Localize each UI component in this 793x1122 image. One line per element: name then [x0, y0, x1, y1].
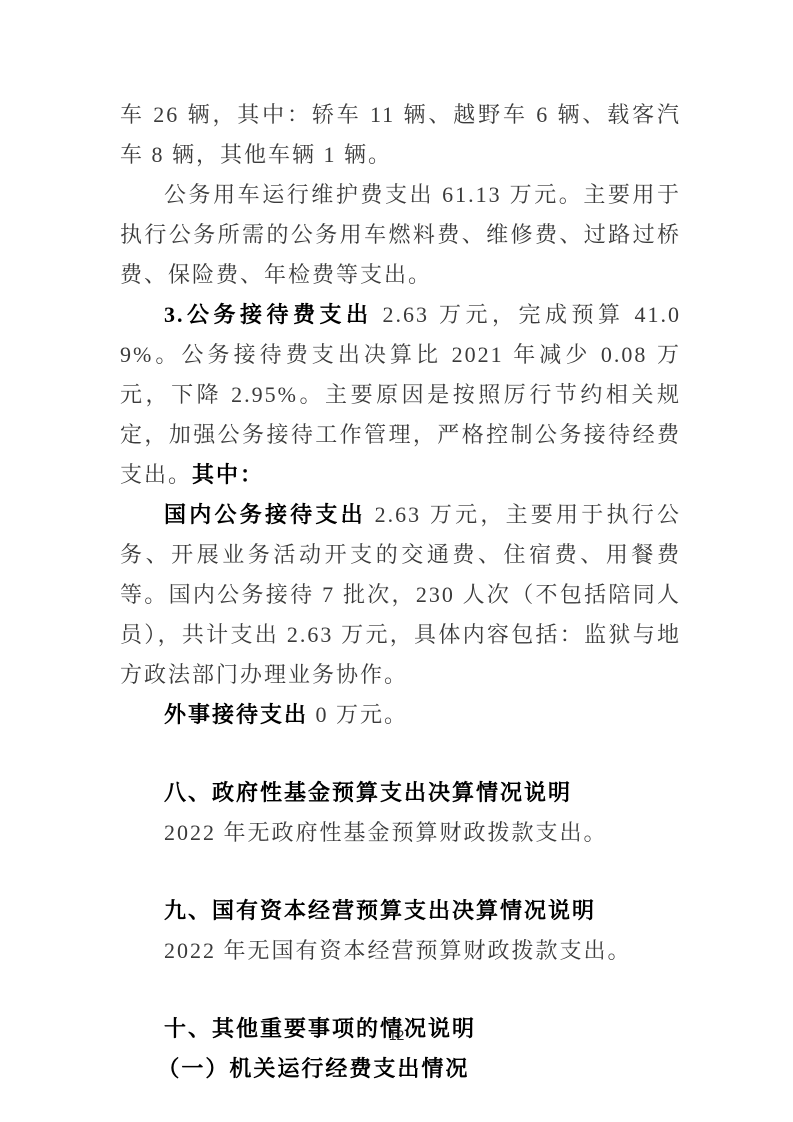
section-8-body: 2022 年无政府性基金预算财政拨款支出。 — [120, 813, 681, 853]
section-8-heading: 八、政府性基金预算支出决算情况说明 — [120, 773, 681, 813]
paragraph-foreign-reception: 外事接待支出 0 万元。 — [120, 695, 681, 735]
section-9-heading: 九、国有资本经营预算支出决算情况说明 — [120, 891, 681, 931]
foreign-reception-body-text: 0 万元。 — [308, 702, 408, 727]
paragraph-domestic-reception: 国内公务接待支出 2.63 万元，主要用于执行公务、开展业务活动开支的交通费、住… — [120, 495, 681, 695]
foreign-reception-lead-bold: 外事接待支出 — [164, 702, 308, 727]
domestic-reception-lead-bold: 国内公务接待支出 — [164, 502, 366, 527]
paragraph-official-reception-cost: 3.公务接待费支出 2.63 万元，完成预算 41.09%。公务接待费支出决算比… — [120, 295, 681, 495]
paragraph-vehicle-maintenance-cost: 公务用车运行维护费支出 61.13 万元。主要用于执行公务所需的公务用车燃料费、… — [120, 175, 681, 295]
section-10-subheading: （一）机关运行经费支出情况 — [120, 1049, 681, 1089]
reception-lead-bold: 3.公务接待费支出 — [164, 302, 373, 327]
reception-body-text: 2.63 万元，完成预算 41.09%。公务接待费支出决算比 2021 年减少 … — [120, 302, 681, 487]
paragraph-vehicle-count-continued: 车 26 辆，其中：轿车 11 辆、越野车 6 辆、载客汽车 8 辆，其他车辆 … — [120, 95, 681, 175]
domestic-reception-body-text: 2.63 万元，主要用于执行公务、开展业务活动开支的交通费、住宿费、用餐费等。国… — [120, 502, 681, 687]
section-9-body: 2022 年无国有资本经营预算财政拨款支出。 — [120, 931, 681, 971]
reception-tail-bold: 其中： — [192, 462, 264, 487]
page-number: 12 — [0, 1026, 793, 1044]
document-content: 车 26 辆，其中：轿车 11 辆、越野车 6 辆、载客汽车 8 辆，其他车辆 … — [120, 0, 681, 1089]
document-page: 车 26 辆，其中：轿车 11 辆、越野车 6 辆、载客汽车 8 辆，其他车辆 … — [0, 0, 793, 1122]
